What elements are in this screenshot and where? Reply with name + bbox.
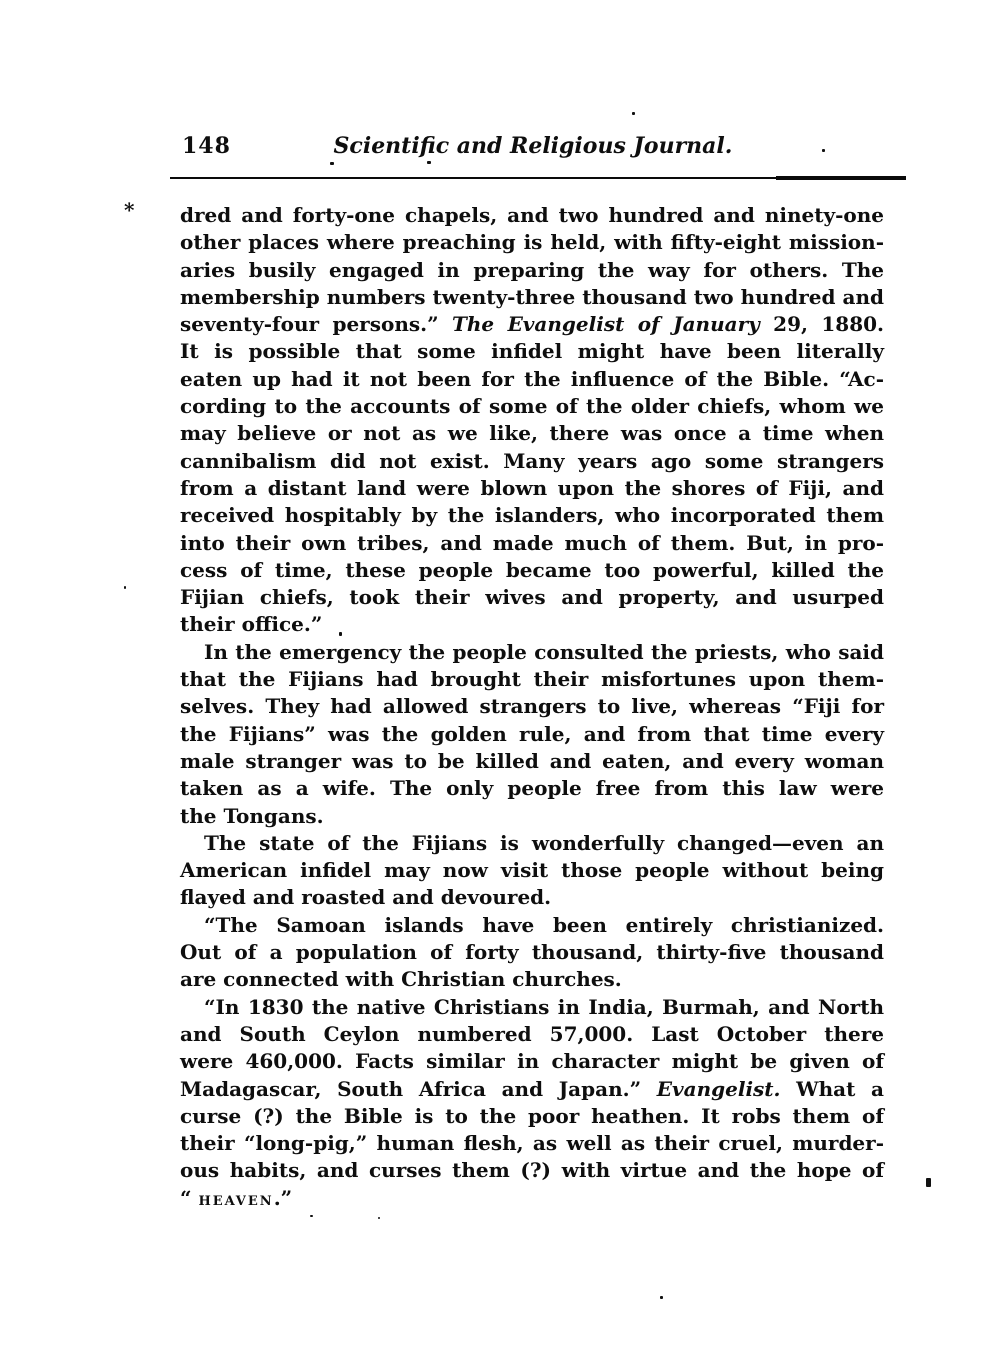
scan-speck <box>330 162 334 165</box>
text-line: Fijian chiefs, took their wives and prop… <box>180 584 884 611</box>
paragraph: “The Samoan islands have been entirely c… <box>180 912 884 994</box>
italic-citation: The Evangelist of January <box>452 312 760 336</box>
text-segment: curse (?) the Bible is to the poor heath… <box>180 1104 884 1128</box>
text-segment: “ <box>180 1186 198 1210</box>
text-segment: were 460,000. Facts similar in character… <box>180 1049 884 1073</box>
scan-speck <box>124 586 126 589</box>
text-segment: In the emergency the people consulted th… <box>204 640 884 664</box>
text-segment: from a distant land were blown upon the … <box>180 476 884 500</box>
paragraph: “In 1830 the native Christians in India,… <box>180 994 884 1212</box>
text-segment: are connected with Christian churches. <box>180 967 622 991</box>
text-line: other places where preaching is held, wi… <box>180 229 884 256</box>
text-line: may believe or not as we like, there was… <box>180 420 884 447</box>
text-segment: and South Ceylon numbered 57,000. Last O… <box>180 1022 884 1046</box>
paragraph: The state of the Fijians is wonderfully … <box>180 830 884 912</box>
text-line: ous habits, and curses them (?) with vir… <box>180 1157 884 1184</box>
scan-speck <box>427 161 431 164</box>
text-segment: taken as a wife. The only people free fr… <box>180 776 884 800</box>
text-segment: the Fijians” was the golden rule, and fr… <box>180 722 884 746</box>
text-segment: “In 1830 the native Christians in India,… <box>204 995 884 1019</box>
text-segment: 29, 1880. <box>760 312 884 336</box>
text-segment: seventy-four persons.” <box>180 312 452 336</box>
text-segment: cess of time, these people became too po… <box>180 558 884 582</box>
text-segment: cording to the accounts of some of the o… <box>180 394 884 418</box>
text-line: Madagascar, South Africa and Japan.” Eva… <box>180 1076 884 1103</box>
text-line: the Fijians” was the golden rule, and fr… <box>180 721 884 748</box>
text-line: cording to the accounts of some of the o… <box>180 393 884 420</box>
text-segment: flayed and roasted and devoured. <box>180 885 551 909</box>
text-line: cess of time, these people became too po… <box>180 557 884 584</box>
text-line: and South Ceylon numbered 57,000. Last O… <box>180 1021 884 1048</box>
text-line: selves. They had allowed strangers to li… <box>180 693 884 720</box>
text-segment: other places where preaching is held, wi… <box>180 230 884 254</box>
text-line: male stranger was to be killed and eaten… <box>180 748 884 775</box>
text-segment: into their own tribes, and made much of … <box>180 531 884 555</box>
text-segment: .” <box>274 1186 292 1210</box>
text-segment: may believe or not as we like, there was… <box>180 421 884 445</box>
text-line: In the emergency the people consulted th… <box>180 639 884 666</box>
text-line: Out of a population of forty thousand, t… <box>180 939 884 966</box>
text-line: that the Fijians had brought their misfo… <box>180 666 884 693</box>
scan-speck <box>632 112 635 115</box>
margin-asterisk: * <box>124 198 134 222</box>
scan-speck <box>310 1215 313 1217</box>
text-segment: received hospitably by the islanders, wh… <box>180 503 884 527</box>
text-segment: cannibalism did not exist. Many years ag… <box>180 449 884 473</box>
page-number: 148 <box>182 133 231 159</box>
text-line: eaten up had it not been for the influen… <box>180 366 884 393</box>
header-rule <box>170 177 906 179</box>
text-segment: It is possible that some infidel might h… <box>180 339 884 363</box>
text-segment: dred and forty-one chapels, and two hund… <box>180 203 884 227</box>
text-line: It is possible that some infidel might h… <box>180 338 884 365</box>
text-segment: aries busily engaged in preparing the wa… <box>180 258 884 282</box>
text-line: “The Samoan islands have been entirely c… <box>180 912 884 939</box>
scan-speck <box>339 632 342 636</box>
text-line: American infidel may now visit those peo… <box>180 857 884 884</box>
text-line: their office.” <box>180 611 884 638</box>
text-line: their “long-pig,” human flesh, as well a… <box>180 1130 884 1157</box>
journal-title: Scientific and Religious Journal. <box>180 133 886 159</box>
text-segment: ous habits, and curses them (?) with vir… <box>180 1158 884 1182</box>
text-segment: eaten up had it not been for the influen… <box>180 367 884 391</box>
text-segment: the Tongans. <box>180 804 324 828</box>
text-segment: American infidel may now visit those peo… <box>180 858 884 882</box>
text-line: flayed and roasted and devoured. <box>180 884 884 911</box>
text-segment: What a <box>781 1077 885 1101</box>
text-line: dred and forty-one chapels, and two hund… <box>180 202 884 229</box>
text-line: into their own tribes, and made much of … <box>180 530 884 557</box>
small-caps-word: heaven <box>198 1188 273 1210</box>
text-line: taken as a wife. The only people free fr… <box>180 775 884 802</box>
scan-speck <box>660 1296 663 1299</box>
scanned-page: * 148 Scientific and Religious Journal. … <box>0 0 1000 1371</box>
text-line: seventy-four persons.” The Evangelist of… <box>180 311 884 338</box>
scan-speck <box>378 1217 380 1219</box>
text-segment: Out of a population of forty thousand, t… <box>180 940 884 964</box>
scan-speck <box>926 1178 931 1187</box>
text-segment: “The Samoan islands have been entirely c… <box>204 913 884 937</box>
text-segment: Madagascar, South Africa and Japan.” <box>180 1077 657 1101</box>
text-segment: Fijian chiefs, took their wives and prop… <box>180 585 884 609</box>
text-line: from a distant land were blown upon the … <box>180 475 884 502</box>
text-line: “ heaven.” <box>180 1185 884 1212</box>
italic-citation: Evangelist. <box>657 1077 781 1101</box>
text-line: are connected with Christian churches. <box>180 966 884 993</box>
text-segment: The state of the Fijians is wonderfully … <box>204 831 884 855</box>
text-line: curse (?) the Bible is to the poor heath… <box>180 1103 884 1130</box>
text-line: aries busily engaged in preparing the wa… <box>180 257 884 284</box>
text-segment: their office.” <box>180 612 322 636</box>
body-text: dred and forty-one chapels, and two hund… <box>180 202 884 1212</box>
page-header: 148 Scientific and Religious Journal. <box>180 133 886 163</box>
text-line: the Tongans. <box>180 803 884 830</box>
text-segment: male stranger was to be killed and eaten… <box>180 749 884 773</box>
text-segment: their “long-pig,” human flesh, as well a… <box>180 1131 884 1155</box>
text-line: received hospitably by the islanders, wh… <box>180 502 884 529</box>
paragraph: dred and forty-one chapels, and two hund… <box>180 202 884 639</box>
text-segment: membership numbers twenty-three thousand… <box>180 285 884 309</box>
text-segment: that the Fijians had brought their misfo… <box>180 667 884 691</box>
text-line: were 460,000. Facts similar in character… <box>180 1048 884 1075</box>
text-line: membership numbers twenty-three thousand… <box>180 284 884 311</box>
text-line: The state of the Fijians is wonderfully … <box>180 830 884 857</box>
scan-speck <box>822 149 825 152</box>
paragraph: In the emergency the people consulted th… <box>180 639 884 830</box>
text-line: “In 1830 the native Christians in India,… <box>180 994 884 1021</box>
text-line: cannibalism did not exist. Many years ag… <box>180 448 884 475</box>
text-segment: selves. They had allowed strangers to li… <box>180 694 884 718</box>
